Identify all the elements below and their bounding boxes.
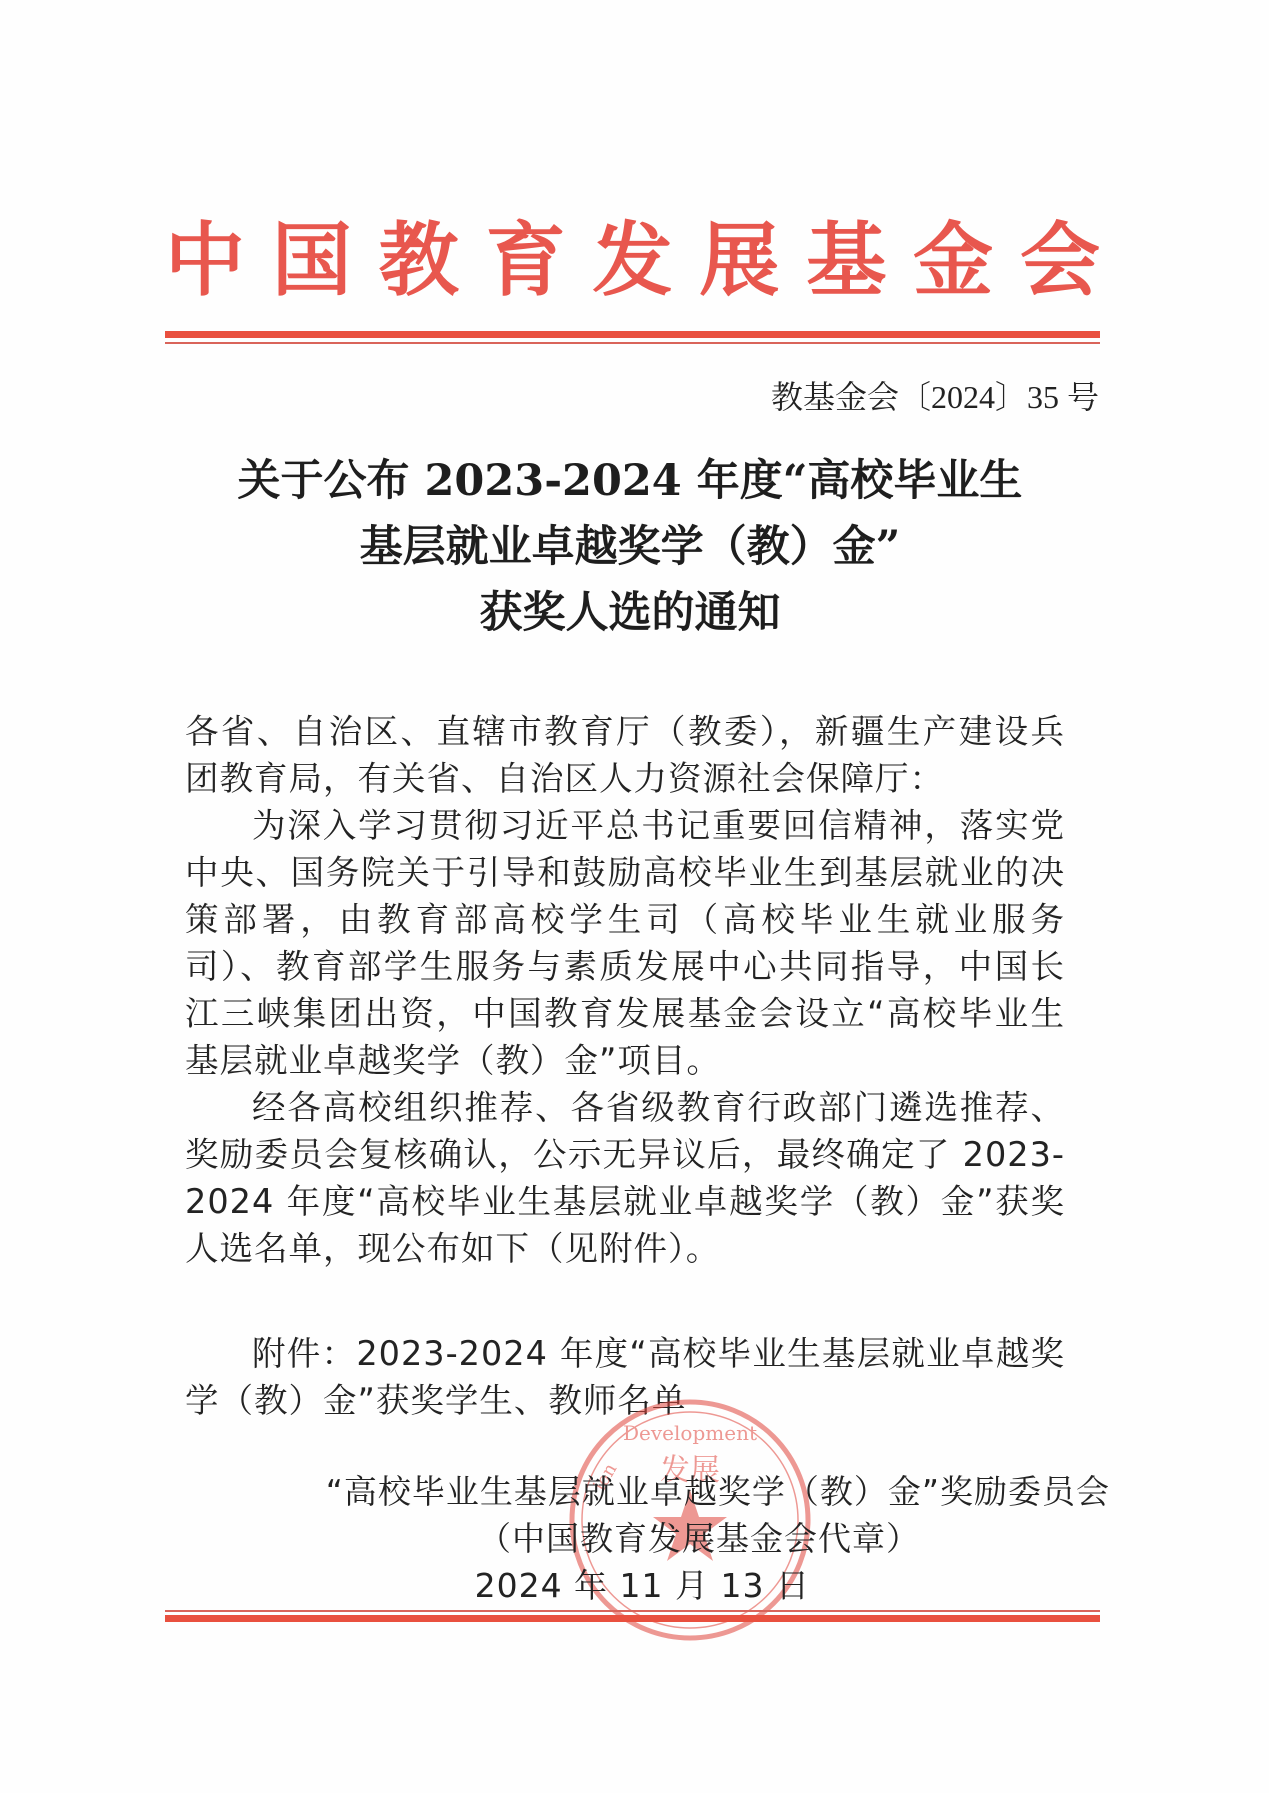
letterhead-org-name: 中 国 教 育 发 展 基 金 会 (165, 210, 1100, 310)
seal-top-text: Development (623, 1421, 757, 1445)
header-rule-thick (165, 331, 1100, 338)
document-page: 中 国 教 育 发 展 基 金 会 教基金会〔2024〕35 号 关于公布 20… (0, 0, 1269, 1793)
body-paragraph-2: 经各高校组织推荐、各省级教育行政部门遴选推荐、奖励委员会复核确认，公示无异议后，… (185, 1084, 1065, 1272)
addressee: 各省、自治区、直辖市教育厅（教委），新疆生产建设兵团教育局，有关省、自治区人力资… (185, 708, 1065, 802)
issue-date: 2024 年 11 月 13 日 (250, 1562, 1110, 1609)
letterhead-char: 中 (165, 210, 245, 310)
letterhead-char: 会 (1020, 210, 1100, 310)
title-line-2: 基层就业卓越奖学（教）金” (180, 514, 1080, 580)
document-body: 各省、自治区、直辖市教育厅（教委），新疆生产建设兵团教育局，有关省、自治区人力资… (185, 708, 1065, 1272)
title-line-3: 获奖人选的通知 (180, 580, 1080, 646)
letterhead-char: 育 (486, 210, 566, 310)
letterhead-char: 教 (379, 210, 459, 310)
seal-note: （中国教育发展基金会代章） (250, 1515, 1110, 1562)
footer-rule-thick (165, 1615, 1100, 1622)
header-rule-thin (165, 342, 1100, 344)
letterhead-char: 国 (272, 210, 352, 310)
letterhead-char: 发 (593, 210, 673, 310)
committee-name: “高校毕业生基层就业卓越奖学（教）金”奖励委员会 (250, 1468, 1110, 1515)
letterhead-char: 展 (699, 210, 779, 310)
document-number: 教基金会〔2024〕35 号 (771, 372, 1099, 418)
document-title: 关于公布 2023-2024 年度“高校毕业生 基层就业卓越奖学（教）金” 获奖… (180, 448, 1080, 646)
body-paragraph-1: 为深入学习贯彻习近平总书记重要回信精神，落实党中央、国务院关于引导和鼓励高校毕业… (185, 802, 1065, 1084)
attachment-note: 附件：2023-2024 年度“高校毕业生基层就业卓越奖学（教）金”获奖学生、教… (185, 1330, 1065, 1424)
footer-rule-thin (165, 1610, 1100, 1612)
attachment-block: 附件：2023-2024 年度“高校毕业生基层就业卓越奖学（教）金”获奖学生、教… (185, 1330, 1065, 1424)
signature-block: “高校毕业生基层就业卓越奖学（教）金”奖励委员会 （中国教育发展基金会代章） 2… (250, 1468, 1110, 1609)
title-line-1: 关于公布 2023-2024 年度“高校毕业生 (180, 448, 1080, 514)
letterhead-char: 基 (806, 210, 886, 310)
letterhead-char: 金 (913, 210, 993, 310)
